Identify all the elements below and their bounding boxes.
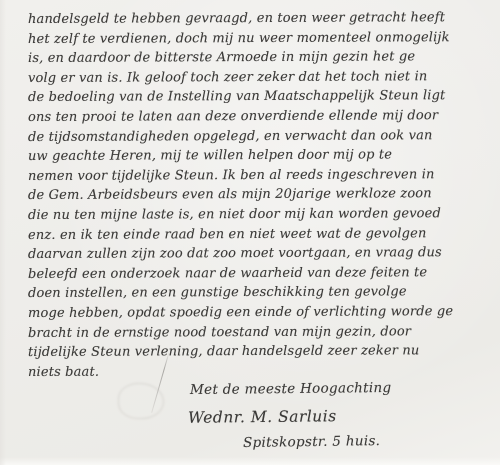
- scan-edge-shadow: [0, 0, 6, 465]
- scan-edge-highlight: [0, 457, 500, 465]
- letter-line: de tijdsomstandigheden opgelegd, en verw…: [28, 126, 484, 148]
- letter-line: de Gem. Arbeidsbeurs even als mijn 20jar…: [28, 184, 484, 206]
- letter-line: is, en daardoor de bitterste Armoede in …: [28, 47, 484, 69]
- letter-line: die nu ten mijne laste is, en niet door …: [28, 204, 484, 226]
- letter-line: enz. en ik ten einde raad ben en niet we…: [28, 224, 484, 246]
- letter-line: moge hebben, opdat spoedig een einde of …: [28, 302, 484, 324]
- letter-line: beleefd een onderzoek naar de waarheid v…: [28, 263, 484, 285]
- letter-address: Spitskopstr. 5 huis.: [243, 433, 380, 451]
- pencil-smudge-mark: [118, 383, 164, 419]
- letter-line: ons ten prooi te laten aan deze onverdie…: [28, 106, 484, 128]
- letter-closing: Met de meeste Hoogachting: [190, 380, 392, 398]
- letter-line: het zelf te verdienen, doch mij nu weer …: [28, 28, 484, 50]
- letter-line: nemen voor tijdelijke Steun. Ik ben al r…: [28, 165, 484, 187]
- letter-line: uw geachte Heren, mij te willen helpen d…: [28, 145, 484, 167]
- letter-line: volg er van is. Ik geloof toch zeer zeke…: [28, 67, 484, 89]
- letter-line: doen instellen, en een gunstige beschikk…: [28, 282, 484, 304]
- letter-line: daarvan zullen zijn zoo dat zoo moet voo…: [28, 243, 484, 265]
- letter-line: bracht in de ernstige nood toestand van …: [28, 322, 484, 344]
- letter-line: handelsgeld te hebben gevraagd, en toen …: [28, 8, 484, 30]
- letter-line: niets baat.: [28, 361, 484, 383]
- scanned-letter-page: handelsgeld te hebben gevraagd, en toen …: [0, 0, 500, 465]
- letter-signature: Wednr. M. Sarluis: [188, 407, 337, 427]
- letter-line: tijdelijke Steun verlening, daar handels…: [28, 341, 484, 363]
- letter-line: de bedoeling van de Instelling van Maats…: [28, 86, 484, 108]
- letter-body: handelsgeld te hebben gevraagd, en toen …: [28, 9, 484, 381]
